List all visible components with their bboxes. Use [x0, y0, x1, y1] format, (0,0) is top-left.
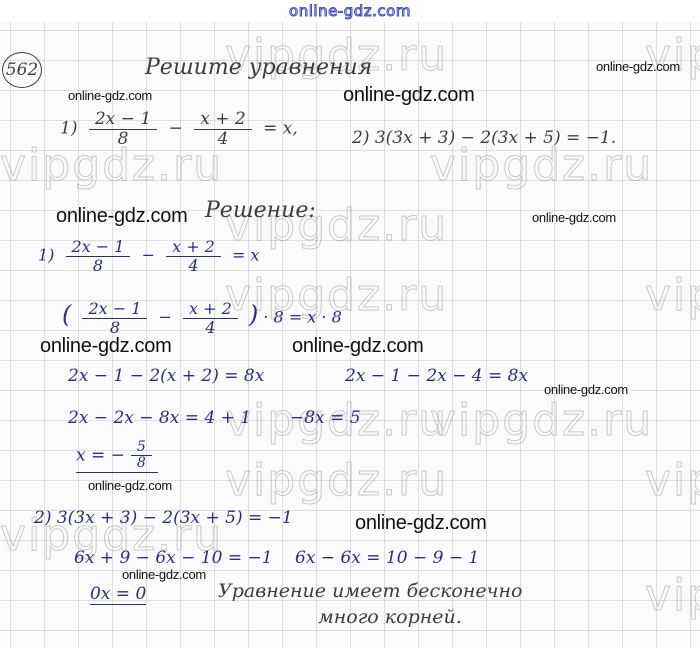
numerator: 2x − 1 — [82, 300, 147, 319]
solution-2-equation: 2) 3(3x + 3) − 2(3x + 5) = −1 — [34, 508, 293, 528]
solution-1-step-4b: −8x = 5 — [290, 408, 361, 428]
watermark-site: online-gdz.com — [544, 382, 628, 397]
task-2: 2) 3(3x + 3) − 2(3x + 5) = −1. — [352, 128, 616, 148]
solution-2-conclusion-line-2: много корней. — [318, 606, 462, 628]
solution-2-result: 0x = 0 — [90, 584, 146, 605]
part-label: 1) — [38, 246, 54, 265]
solution-2-conclusion-line-1: Уравнение имеет бесконечно — [218, 580, 522, 602]
solution-2-step-2b: 6x − 6x = 10 − 9 − 1 — [295, 548, 479, 568]
numerator: x + 2 — [194, 110, 251, 130]
numerator: 2x − 1 — [66, 238, 131, 257]
problem-number: 562 — [2, 52, 42, 88]
solution-2-step-2a: 6x + 9 − 6x − 10 = −1 — [74, 548, 273, 568]
watermark-site: online-gdz.com — [122, 567, 206, 582]
task-label: 1) — [60, 119, 77, 139]
paren: ( — [62, 301, 71, 329]
solution-1-step-3b: 2x − 1 − 2x − 4 = 8x — [345, 366, 528, 386]
watermark-site: online-gdz.com — [88, 478, 172, 493]
task-expression: 3(3x + 3) − 2(3x + 5) = −1. — [375, 128, 616, 148]
solution-1-answer: x = −58 — [76, 440, 158, 473]
operator: − — [142, 246, 155, 265]
denominator: 4 — [218, 130, 229, 149]
operator: − — [169, 119, 183, 139]
watermark-site: online-gdz.com — [68, 88, 152, 103]
numerator: 2x − 1 — [89, 110, 157, 130]
solution-1-step-2: ( 2x − 18 − x + 24 ) · 8 = x · 8 — [62, 300, 342, 336]
watermark-vip: vip — [645, 455, 700, 506]
header-link[interactable]: online-gdz.com — [0, 2, 700, 20]
numerator: x + 2 — [183, 300, 238, 319]
paren: ) — [249, 301, 258, 329]
denominator: 4 — [205, 319, 215, 337]
denominator: 4 — [188, 257, 198, 275]
watermark-site: online-gdz.com — [56, 205, 187, 228]
rhs: · 8 = x · 8 — [263, 308, 341, 327]
watermark-vip: vipgdz.ru — [430, 395, 653, 446]
solution-1-equation: 1) 2x − 18 − x + 24 = x — [38, 238, 259, 274]
task-label: 2) — [352, 128, 369, 148]
answer-lhs: x = − — [76, 445, 125, 465]
denominator: 8 — [137, 456, 146, 471]
operator: − — [159, 308, 172, 327]
denominator: 8 — [93, 257, 103, 275]
watermark-site: online-gdz.com — [40, 335, 171, 358]
problem-title: Решите уравнения — [145, 55, 372, 80]
watermark-site: online-gdz.com — [596, 59, 680, 74]
denominator: 8 — [118, 130, 129, 149]
rhs: = x — [232, 246, 260, 265]
solution-1-step-4a: 2x − 2x − 8x = 4 + 1 — [68, 408, 251, 428]
watermark-site: online-gdz.com — [292, 335, 423, 358]
solution-1-step-3a: 2x − 1 − 2(x + 2) = 8x — [68, 366, 264, 386]
task-1: 1) 2x − 18 − x + 24 = x, — [60, 110, 298, 148]
watermark-vip: vip — [645, 270, 700, 321]
numerator: 5 — [131, 440, 152, 456]
part-label: 2) — [34, 508, 51, 528]
equation: 3(3x + 3) − 2(3x + 5) = −1 — [57, 508, 293, 528]
watermark-site: online-gdz.com — [343, 84, 474, 107]
rhs: = x, — [263, 119, 298, 139]
denominator: 8 — [110, 319, 120, 337]
watermark-vip: vip — [645, 570, 700, 621]
watermark-site: online-gdz.com — [355, 512, 486, 535]
watermark-vip: vipgdz.ru — [225, 455, 448, 506]
numerator: x + 2 — [166, 238, 221, 257]
watermark-site: online-gdz.com — [532, 210, 616, 225]
solution-heading: Решение: — [205, 198, 316, 223]
